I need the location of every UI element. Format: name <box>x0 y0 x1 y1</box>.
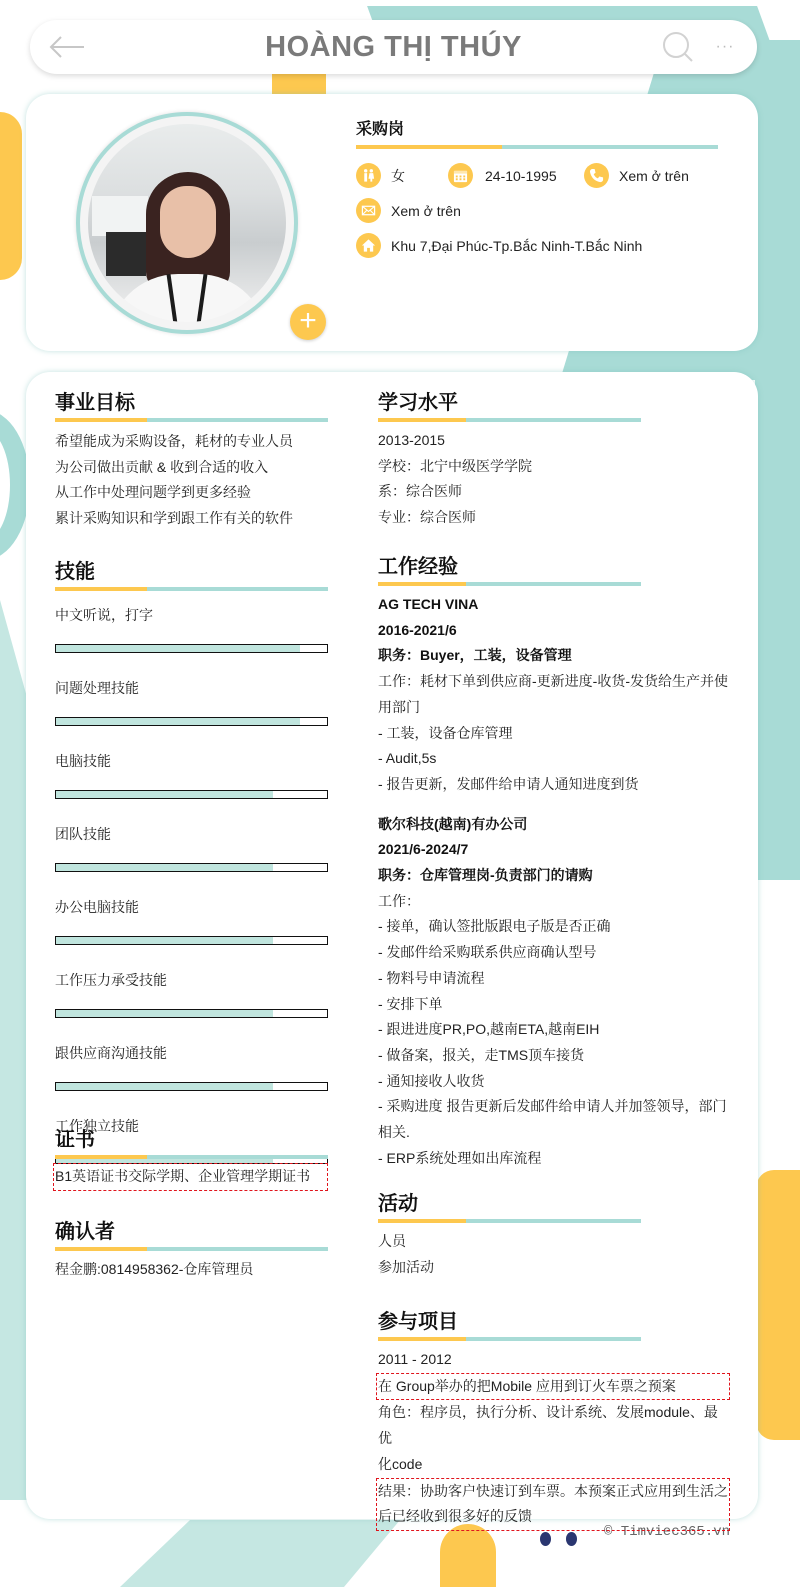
skill-level-bar <box>55 863 328 872</box>
career-goal-line: 为公司做出贡献 & 收到合适的收入 <box>55 455 328 481</box>
top-app-bar: HOÀNG THỊ THÚY ··· <box>30 20 757 74</box>
job-duty: - 物料号申请流程 <box>378 966 738 992</box>
job-company: 歌尔科技(越南)有办公司 <box>378 812 738 838</box>
profile-card: + 采购岗 女 24-10-1995 Xem ở trên Xem ở trên… <box>26 94 758 351</box>
photo-body <box>108 274 268 322</box>
add-photo-button[interactable]: + <box>290 304 326 340</box>
section-divider <box>55 587 328 591</box>
skill-level-bar <box>55 644 328 653</box>
avatar <box>88 124 286 322</box>
job-company: AG TECH VINA <box>378 592 738 618</box>
job-title-divider <box>356 145 718 149</box>
skill-level-fill <box>56 864 273 871</box>
project-role: 化code <box>378 1452 730 1478</box>
skill-item: 办公电脑技能 <box>55 897 328 945</box>
skill-label: 工作压力承受技能 <box>55 970 328 990</box>
skill-level-bar <box>55 936 328 945</box>
skill-level-bar <box>55 717 328 726</box>
experience-section: 工作经验 AG TECH VINA 2016-2021/6 职务：Buyer，工… <box>378 550 738 1171</box>
section-title: 确认者 <box>55 1215 328 1243</box>
skill-item: 中文听说，打字 <box>55 605 328 653</box>
education-faculty: 系：综合医师 <box>378 479 641 505</box>
back-button[interactable] <box>48 34 86 60</box>
projects-section: 参与项目 2011 - 2012 在 Group举办的把Mobile 应用到订火… <box>378 1305 730 1531</box>
job-duty: - Audit,5s <box>378 746 738 772</box>
skill-label: 跟供应商沟通技能 <box>55 1043 328 1063</box>
education-period: 2013-2015 <box>378 428 641 454</box>
birthdate-field: 24-10-1995 <box>448 163 557 188</box>
address-value: Khu 7,Đại Phúc-Tp.Bắc Ninh-T.Bắc Ninh <box>391 238 642 254</box>
section-divider <box>378 1337 641 1341</box>
search-button[interactable] <box>661 30 695 64</box>
skill-label: 问题处理技能 <box>55 678 328 698</box>
section-divider <box>378 582 641 586</box>
skill-level-bar <box>55 1009 328 1018</box>
birthdate-value: 24-10-1995 <box>485 168 557 184</box>
skill-label: 团队技能 <box>55 824 328 844</box>
activities-section: 活动 人员 参加活动 <box>378 1187 641 1280</box>
section-divider <box>378 418 641 422</box>
search-icon <box>661 30 695 64</box>
references-section: 确认者 程金鹏:0814958362-仓库管理员 <box>55 1215 328 1283</box>
bg-yellow-bottom <box>440 1524 496 1587</box>
email-field: Xem ở trên <box>356 198 461 223</box>
avatar-frame: + <box>76 112 298 334</box>
job-duty: - 发邮件给采购联系供应商确认型号 <box>378 940 738 966</box>
bg-teal-bottom <box>120 1520 400 1587</box>
project-role: 角色：程序员，执行分析、设计系统、发展module、最优 <box>378 1400 730 1451</box>
project-result-line: 结果：协助客户快速订到车票。本预案正式应用到生活之 <box>378 1479 729 1505</box>
more-button[interactable]: ··· <box>713 34 737 60</box>
address-field: Khu 7,Đại Phúc-Tp.Bắc Ninh-T.Bắc Ninh <box>356 233 642 258</box>
job-position: 职务：Buyer，工装，设备管理 <box>378 643 738 669</box>
photo-window <box>92 196 148 236</box>
skill-label: 中文听说，打字 <box>55 605 328 625</box>
section-title: 活动 <box>378 1187 641 1215</box>
career-goal-line: 累计采购知识和学到跟工作有关的软件 <box>55 506 328 532</box>
skill-label: 办公电脑技能 <box>55 897 328 917</box>
job-duty: - 安排下单 <box>378 992 738 1018</box>
section-title: 工作经验 <box>378 550 738 578</box>
skill-item: 工作压力承受技能 <box>55 970 328 1018</box>
job-duty: - 跟进进度PR,PO,越南ETA,越南EIH <box>378 1017 738 1043</box>
education-major: 专业：综合医师 <box>378 505 641 531</box>
mail-icon <box>356 198 381 223</box>
arrow-left-icon <box>48 34 86 60</box>
skill-label: 电脑技能 <box>55 751 328 771</box>
job-duty: - 报告更新，发邮件给申请人通知进度到货 <box>378 772 738 798</box>
job-duty: - ERP系统处理如出库流程 <box>378 1146 738 1172</box>
bg-yellow-side <box>756 1170 800 1440</box>
section-divider <box>378 1219 641 1223</box>
career-goal-line: 希望能成为采购设备，耗材的专业人员 <box>55 429 328 455</box>
resume-body-card: 事业目标 希望能成为采购设备，耗材的专业人员 为公司做出贡献 & 收到合适的收入… <box>26 372 758 1519</box>
phone-icon <box>584 163 609 188</box>
job-duty: 工作： <box>378 889 738 915</box>
reference-item: 程金鹏:0814958362-仓库管理员 <box>55 1257 328 1283</box>
candidate-name: HOÀNG THỊ THÚY <box>30 31 757 64</box>
skill-level-fill <box>56 718 300 725</box>
phone-value: Xem ở trên <box>619 168 689 184</box>
job-duty: 用部门 <box>378 695 738 721</box>
photo-monitor <box>106 232 146 276</box>
skill-level-fill <box>56 937 273 944</box>
skill-level-bar <box>55 1082 328 1091</box>
project-result-line: 后已经收到很多好的反馈 <box>378 1504 729 1530</box>
job-title: 采购岗 <box>356 116 404 139</box>
job-duty: 工作：耗材下单到供应商-更新进度-收货-发货给生产并使 <box>378 669 738 695</box>
activity-line: 人员 <box>378 1229 641 1255</box>
job-period: 2021/6-2024/7 <box>378 837 738 863</box>
job-duty: - 做备案，报关，走TMS顶车接货 <box>378 1043 738 1069</box>
home-icon <box>356 233 381 258</box>
job-duty: - 工装，设备仓库管理 <box>378 721 738 747</box>
section-title: 参与项目 <box>378 1305 730 1333</box>
calendar-icon <box>448 163 473 188</box>
job-period: 2016-2021/6 <box>378 618 738 644</box>
bg-yellow-pill <box>0 112 22 280</box>
photo-face <box>160 186 216 258</box>
project-result: 结果：协助客户快速订到车票。本预案正式应用到生活之 后已经收到很多好的反馈 <box>376 1478 730 1531</box>
job-duty: - 通知接收人收货 <box>378 1069 738 1095</box>
skills-section: 技能 中文听说，打字问题处理技能电脑技能团队技能办公电脑技能工作压力承受技能跟供… <box>55 555 328 1164</box>
skill-item: 团队技能 <box>55 824 328 872</box>
section-title: 证书 <box>55 1123 328 1151</box>
skill-level-fill <box>56 1010 273 1017</box>
project-name: 在 Group举办的把Mobile 应用到订火车票之预案 <box>376 1373 730 1401</box>
section-divider <box>55 1155 328 1159</box>
gender-value: 女 <box>391 166 405 186</box>
section-title: 事业目标 <box>55 386 328 414</box>
activity-line: 参加活动 <box>378 1255 641 1281</box>
job-position: 职务：仓库管理岗-负责部门的请购 <box>378 863 738 889</box>
email-value: Xem ở trên <box>391 203 461 219</box>
gender-field: 女 <box>356 163 405 188</box>
certificates-section: 证书 B1英语证书交际学期、企业管理学期证书 <box>55 1123 328 1191</box>
section-divider <box>55 418 328 422</box>
skill-level-fill <box>56 1083 273 1090</box>
project-period: 2011 - 2012 <box>378 1347 730 1373</box>
skill-level-bar <box>55 790 328 799</box>
section-title: 学习水平 <box>378 386 641 414</box>
skill-item: 跟供应商沟通技能 <box>55 1043 328 1091</box>
job-duty: - 采购进度 报告更新后发邮件给申请人并加签领导，部门 <box>378 1094 738 1120</box>
gender-icon <box>356 163 381 188</box>
skill-item: 电脑技能 <box>55 751 328 799</box>
job-duty: 相关. <box>378 1120 738 1146</box>
decorative-dot <box>566 1532 577 1546</box>
career-goal-line: 从工作中处理问题学到更多经验 <box>55 480 328 506</box>
skill-level-fill <box>56 645 300 652</box>
job-entry: AG TECH VINA 2016-2021/6 职务：Buyer，工装，设备管… <box>378 592 738 798</box>
job-duty: - 接单，确认签批版跟电子版是否正确 <box>378 914 738 940</box>
phone-field: Xem ở trên <box>584 163 689 188</box>
section-title: 技能 <box>55 555 328 583</box>
bg-teal-side-right <box>755 360 800 880</box>
education-section: 学习水平 2013-2015 学校：北宁中级医学学院 系：综合医师 专业：综合医… <box>378 386 641 531</box>
career-goal-section: 事业目标 希望能成为采购设备，耗材的专业人员 为公司做出贡献 & 收到合适的收入… <box>55 386 328 532</box>
education-school: 学校：北宁中级医学学院 <box>378 454 641 480</box>
certificate-item: B1英语证书交际学期、企业管理学期证书 <box>53 1163 328 1191</box>
decorative-dot <box>540 1532 551 1546</box>
section-divider <box>55 1247 328 1251</box>
skill-level-fill <box>56 791 273 798</box>
skill-item: 问题处理技能 <box>55 678 328 726</box>
job-entry: 歌尔科技(越南)有办公司 2021/6-2024/7 职务：仓库管理岗-负责部门… <box>378 812 738 1172</box>
